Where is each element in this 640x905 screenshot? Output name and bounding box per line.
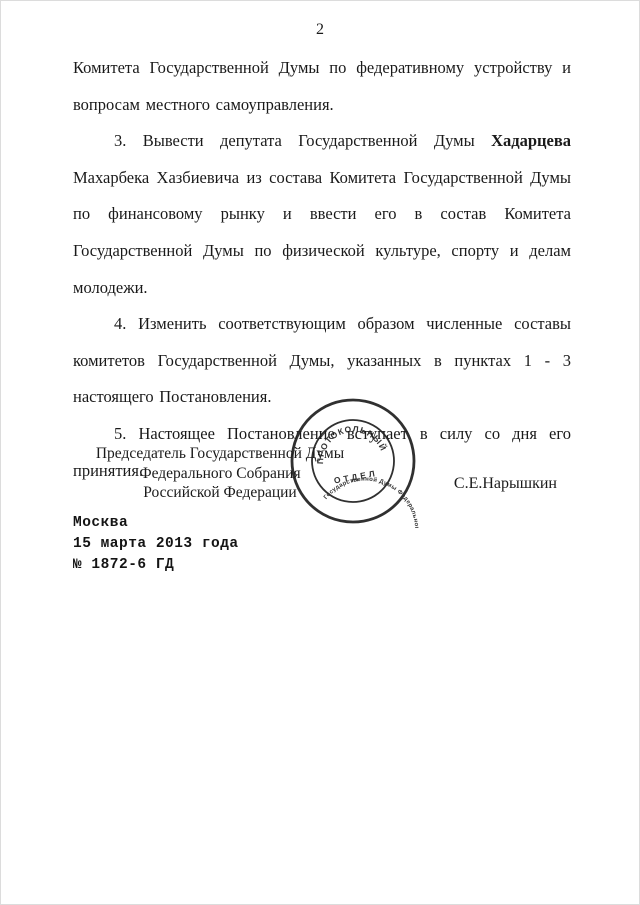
stamp-outer-circle [286, 394, 420, 528]
paragraph-text: 4. Изменить соответствующим образом числ… [73, 314, 571, 406]
document-page: 2 Комитета Государственной Думы по федер… [0, 0, 640, 905]
footer-document-number: № 1872-6 ГД [73, 555, 239, 576]
paragraph-text: Махарбека Хазбиевича из состава Комитета… [73, 168, 571, 297]
paragraph-continuation: Комитета Государственной Думы по федерат… [73, 50, 571, 123]
protocol-department-stamp-icon: Государственной Думы Федерального Собран… [286, 394, 420, 528]
footer-date: 15 марта 2013 года [73, 534, 239, 555]
stamp-department-arc-text: ПРОТОКОЛЬНЫЙ [309, 418, 390, 466]
footer-city: Москва [73, 513, 239, 534]
deputy-surname-bold: Хадарцева [491, 131, 571, 150]
paragraph-item-3: 3. Вывести депутата Государственной Думы… [73, 123, 571, 306]
document-footer: Москва 15 марта 2013 года № 1872-6 ГД [73, 513, 239, 576]
signer-name: С.Е.Нарышкин [454, 475, 557, 493]
paragraph-text: Комитета Государственной Думы по федерат… [73, 58, 571, 114]
paragraph-text: 3. Вывести депутата Государственной Думы [114, 131, 491, 150]
page-number: 2 [1, 21, 639, 39]
